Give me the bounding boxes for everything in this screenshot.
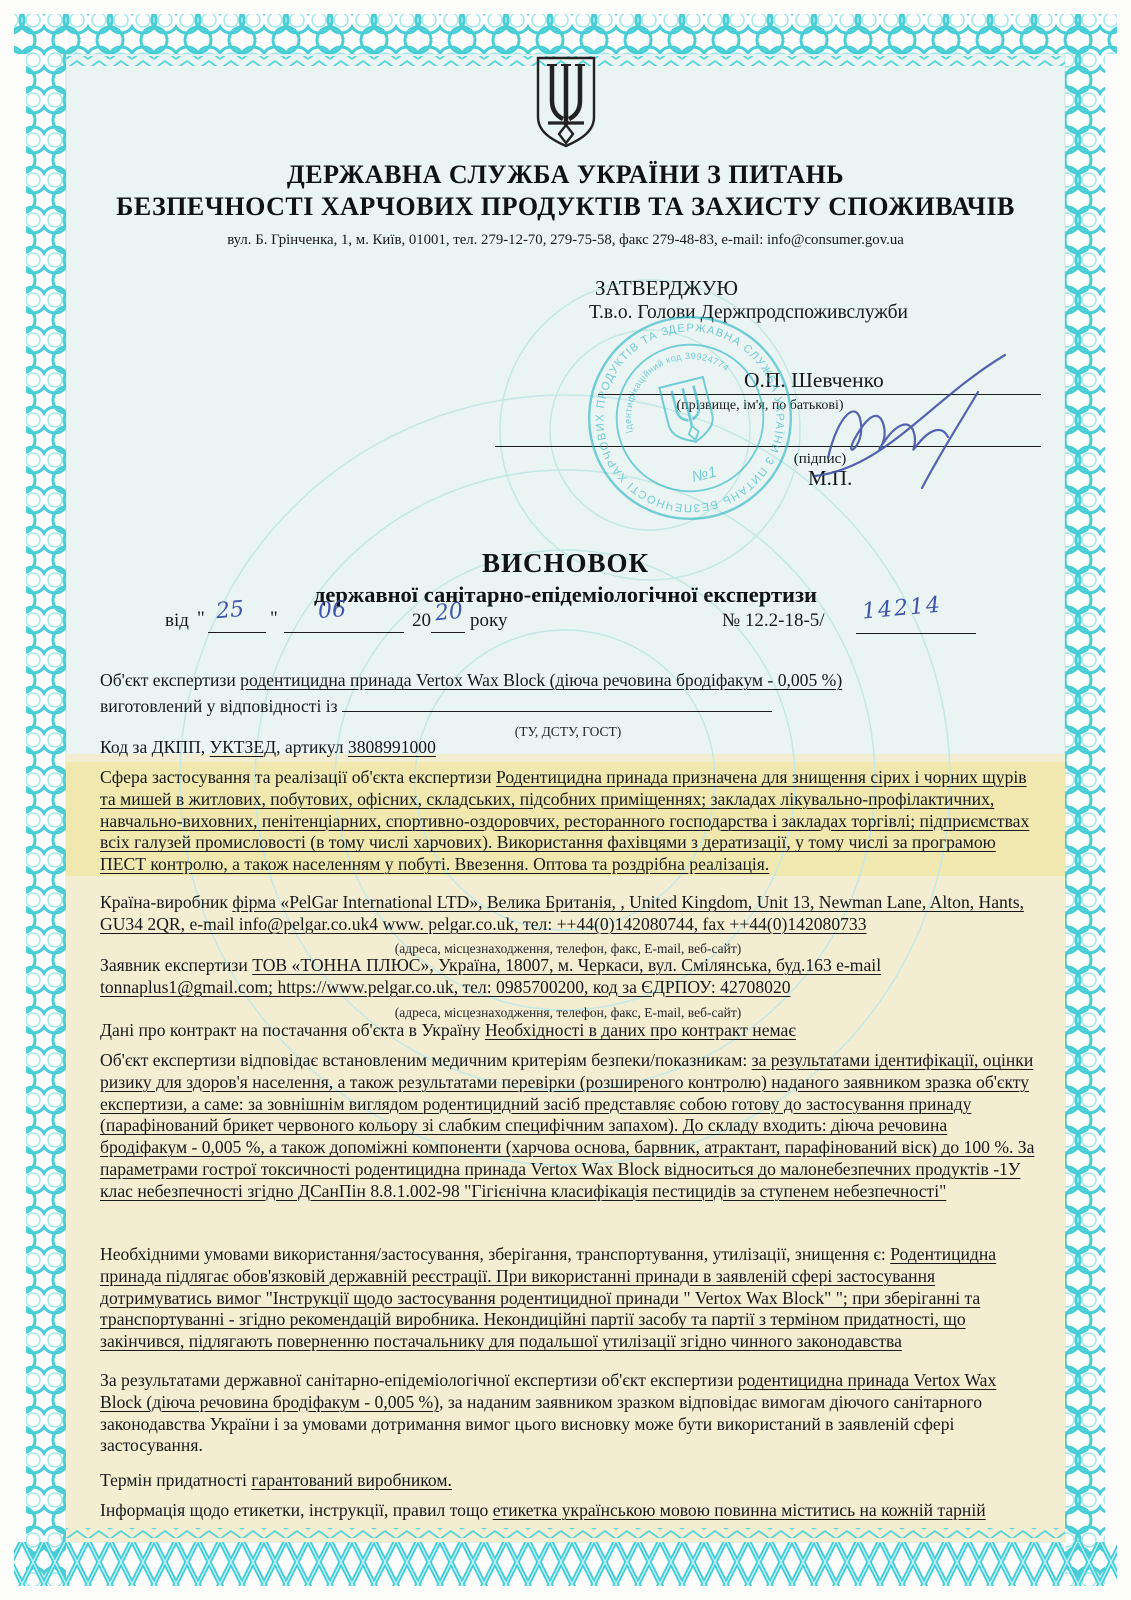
labelinfo-label: Інформація щодо етикетки, інструкції, пр…: [100, 1500, 493, 1520]
date-year-rule: [431, 632, 465, 633]
conclusion-title: ВИСНОВОК: [66, 548, 1065, 579]
date-close-quote: ": [270, 608, 278, 630]
made-label: виготовлений у відповідності із: [100, 696, 338, 716]
conditions-label: Необхідними умовами використання/застосу…: [100, 1244, 890, 1264]
applicant-label: Заявник експертизи: [100, 955, 252, 975]
criteria-value: за результатами ідентифікації, оцінки ри…: [100, 1050, 1034, 1201]
shelf-label: Термін придатності: [100, 1470, 251, 1490]
producer-label: Країна-виробник: [100, 892, 232, 912]
made-line: виготовлений у відповідності із: [100, 696, 1036, 718]
date-year-printed: 20: [412, 610, 431, 632]
criteria-paragraph: Об'єкт експертизи відповідає встановлени…: [100, 1050, 1036, 1203]
doc-number-rule: [856, 633, 976, 634]
contract-label: Дані про контракт на постачання об'єкта …: [100, 1020, 485, 1040]
code-article: 3808991000: [348, 737, 436, 757]
object-value: родентицидна принада Vertox Wax Block (д…: [240, 670, 842, 690]
date-open-quote: ": [197, 608, 205, 630]
approve-label: ЗАТВЕРДЖУЮ: [595, 276, 738, 301]
shelf-life-line: Термін придатності гарантований виробник…: [100, 1470, 1036, 1492]
org-name-line1: ДЕРЖАВНА СЛУЖБА УКРАЇНИ З ПИТАНЬ: [66, 160, 1065, 190]
scope-label: Сфера застосування та реалізації об'єкта…: [100, 767, 496, 787]
code-mid: , артикул: [276, 737, 348, 757]
doc-number-prefix: № 12.2-18-5/: [722, 610, 825, 632]
producer-value: фірма «PelGar International LTD», Велика…: [100, 892, 1024, 934]
scope-paragraph: Сфера застосування та реалізації об'єкта…: [100, 767, 1036, 876]
org-name-line2: БЕЗПЕЧНОСТІ ХАРЧОВИХ ПРОДУКТІВ ТА ЗАХИСТ…: [66, 192, 1065, 222]
date-day-handwritten: 25: [215, 597, 245, 624]
criteria-label: Об'єкт експертизи відповідає встановлени…: [100, 1050, 752, 1070]
code-pre: Код за ДКПП,: [100, 737, 210, 757]
date-prefix: від: [165, 610, 189, 632]
date-year-handwritten: 20: [434, 599, 464, 627]
code-uktzed: УКТЗЕД: [210, 737, 277, 757]
contract-value: Необхідності в даних про контракт немає: [485, 1020, 796, 1040]
stamp-number: №1: [690, 464, 718, 487]
date-month-handwritten: 06: [317, 597, 347, 624]
made-blank: [342, 696, 772, 712]
labelinfo-value: етикетка українською мовою повинна місти…: [493, 1500, 986, 1520]
results-pre: За результатами державної санітарно-епід…: [100, 1370, 738, 1390]
date-month-rule: [284, 632, 404, 633]
certificate-page: ДЕРЖАВНА СЛУЖБА УКРАЇНИ З ПИТАНЬ БЕЗПЕЧН…: [0, 0, 1131, 1600]
round-stamp-icon: ДЕРЖАВНА СЛУЖБА УКРАЇНИ З ПИТАНЬ БЕЗПЕЧН…: [578, 306, 802, 530]
trident-emblem-icon: [532, 55, 600, 149]
label-info-line: Інформація щодо етикетки, інструкції, пр…: [100, 1500, 1036, 1522]
date-day-rule: [208, 632, 266, 633]
producer-paragraph: Країна-виробник фірма «PelGar Internatio…: [100, 892, 1036, 936]
contract-line: Дані про контракт на постачання об'єкта …: [100, 1020, 1036, 1042]
org-address: вул. Б. Грінченка, 1, м. Київ, 01001, те…: [66, 232, 1065, 249]
object-line: Об'єкт експертизи родентицидна принада V…: [100, 670, 1036, 692]
conditions-paragraph: Необхідними умовами використання/застосу…: [100, 1244, 1036, 1353]
object-label: Об'єкт експертизи: [100, 670, 240, 690]
shelf-value: гарантований виробником.: [251, 1470, 452, 1490]
applicant-paragraph: Заявник експертизи ТОВ «ТОННА ПЛЮС», Укр…: [100, 955, 1036, 999]
results-paragraph: За результатами державної санітарно-епід…: [100, 1370, 1036, 1457]
signature-icon: [770, 330, 1070, 490]
code-line: Код за ДКПП, УКТЗЕД, артикул 3808991000: [100, 737, 1036, 759]
date-suffix: року: [470, 610, 507, 632]
